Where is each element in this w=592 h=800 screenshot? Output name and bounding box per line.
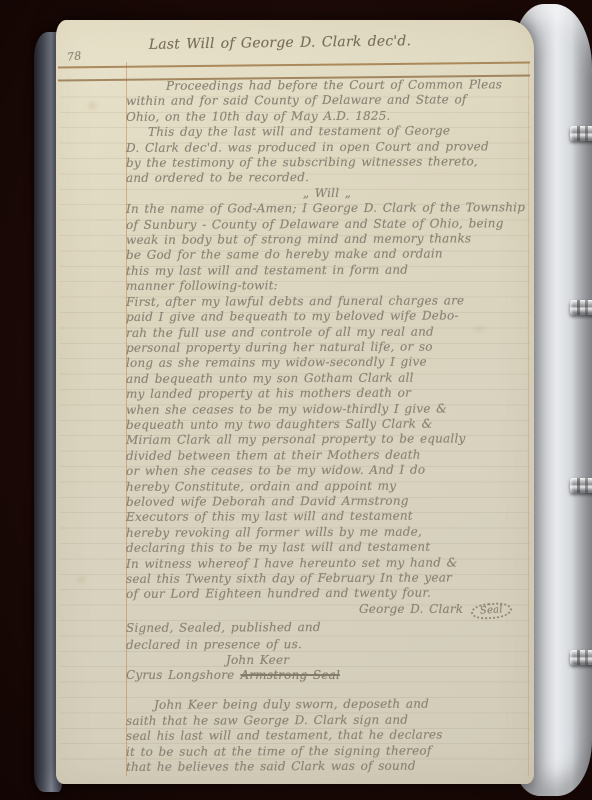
handwritten-line: my landed property at his mothers death … (126, 385, 528, 402)
handwritten-line: In witness whereof I have hereunto set m… (126, 555, 528, 572)
witness-signature: Cyrus LongshoreArmstrong Seal (126, 668, 528, 683)
paper-stain (78, 576, 85, 583)
handwritten-line: rah the full use and controle of all my … (126, 324, 528, 341)
handwritten-line: declaring this to be my last will and te… (126, 539, 528, 556)
handwritten-line: paid I give and bequeath to my beloved w… (126, 308, 528, 325)
handwritten-line: of Sunbury - County of Delaware and Stat… (126, 216, 528, 233)
handwritten-line: and ordered to be recorded. (126, 170, 528, 187)
handwritten-line: it to be such at the time of the signing… (126, 743, 528, 760)
handwritten-line: This day the last will and testament of … (148, 123, 528, 140)
binding-ring (570, 650, 592, 665)
binding-ring (570, 300, 592, 315)
will-text-block: Proceedings had before the Court of Comm… (126, 78, 528, 602)
photo-background: 78 Last Will of George D. Clark dec'd. P… (0, 0, 592, 800)
handwritten-line: declared in presence of us. (126, 635, 528, 654)
handwritten-line: within and for said County of Delaware a… (126, 93, 528, 110)
witness-signature: John Keer (226, 653, 528, 668)
handwritten-line: In the name of God-Amen; I George D. Cla… (126, 200, 528, 217)
handwritten-body: Proceedings had before the Court of Comm… (126, 78, 528, 774)
binding-ring (570, 126, 592, 141)
page-title: Last Will of George D. Clark dec'd. (56, 32, 504, 54)
strikethrough-text: Armstrong Seal (240, 668, 340, 682)
handwritten-line: Executors of this my last will and testa… (126, 508, 528, 525)
witness-signatures: John Keer Cyrus LongshoreArmstrong Seal (126, 653, 528, 683)
probate-block: John Keer being duly sworn, deposeth and… (126, 697, 528, 774)
signature-line: George D. ClarkSeal (126, 602, 528, 619)
handwritten-line: Miriam Clark all my personal property to… (126, 431, 528, 448)
handwritten-line: be God for the same do hereby make and o… (126, 247, 528, 264)
handwritten-line: of our Lord Eighteen hundred and twenty … (126, 586, 528, 603)
handwritten-line: seal his last will and testament, that h… (126, 727, 528, 744)
handwritten-line: long as she remains my widow-secondly I … (126, 354, 528, 371)
handwritten-line: Signed, Sealed, published and (126, 618, 528, 637)
signature-name: George D. Clark (359, 602, 463, 616)
handwritten-line: when she ceases to be my widow-thirdly I… (126, 401, 528, 418)
handwritten-line: John Keer being duly sworn, deposeth and (154, 697, 528, 714)
witness-name: Cyrus Longshore (126, 668, 234, 682)
attestation-block: Signed, Sealed, published anddeclared in… (126, 619, 528, 653)
handwritten-line: hereby Constitute, ordain and appoint my (126, 478, 528, 495)
handwritten-line: D. Clark dec'd. was produced in open Cou… (126, 139, 528, 156)
handwritten-line: that he believes the said Clark was of s… (126, 758, 528, 775)
handwritten-line: or when she ceases to be my widow. And I… (126, 462, 528, 479)
book-page: 78 Last Will of George D. Clark dec'd. P… (56, 20, 534, 784)
handwritten-line: manner following-towit: (126, 277, 528, 294)
paper-stain (88, 102, 97, 109)
margin-line-right (528, 62, 529, 776)
binding-ring (570, 478, 592, 493)
header-rule-top (58, 62, 530, 69)
